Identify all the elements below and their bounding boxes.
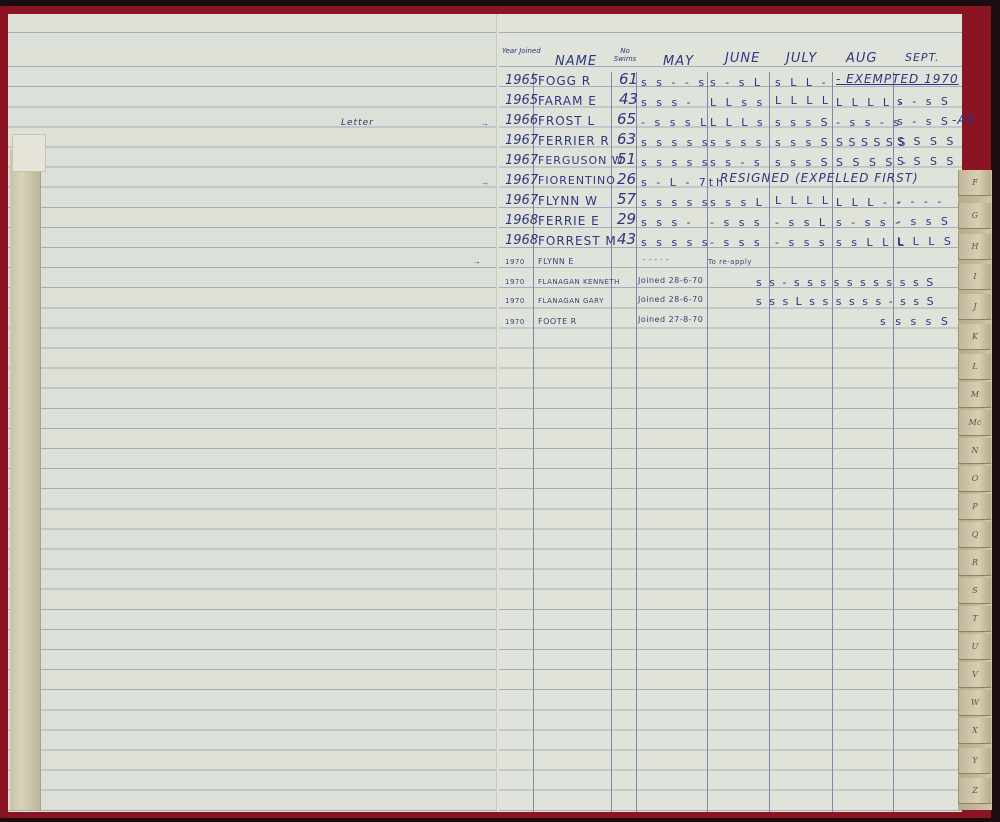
row-joined: Joined 28-6-70 [638, 296, 703, 304]
row-july: s L L - [775, 77, 828, 88]
row-may: s s s - [641, 97, 694, 108]
row-joined: Joined 27-8-70 [638, 316, 703, 324]
row-june: s s s s [710, 137, 764, 148]
row-year: 1966 [505, 114, 538, 127]
row-june: L L s s [710, 97, 765, 108]
row-swim-count: 57 [617, 192, 636, 207]
row-july: L L L L [775, 95, 831, 106]
row-name: FOGG R [538, 75, 591, 87]
index-tab[interactable]: J [958, 294, 991, 320]
row-sept: - s s S [897, 216, 951, 227]
row-aug: L L L - - [836, 197, 903, 208]
index-tab[interactable]: K [958, 324, 991, 350]
left-page [8, 14, 498, 812]
row-year: 1967 [505, 154, 538, 167]
index-tab[interactable]: T [958, 606, 991, 632]
row-july: s s s S [775, 137, 831, 148]
row-year: 1968 [505, 214, 538, 227]
index-tab[interactable]: X [958, 718, 991, 744]
row-july: s s s S [775, 117, 831, 128]
row-sept: S S S S [897, 136, 956, 147]
row-june: s - s L [710, 77, 763, 88]
row-aug: L L L L - [836, 97, 905, 108]
row-may: s s s s s [641, 137, 711, 148]
index-tab[interactable]: W [958, 690, 991, 716]
row-year: 1970 [505, 319, 525, 326]
index-tab[interactable]: S [958, 578, 991, 604]
row-name: FERRIER R [538, 135, 610, 147]
row-aug: - s s - s [836, 117, 902, 128]
header-june: JUNE [725, 52, 760, 65]
row-joined: Joined 28-6-70 [638, 277, 703, 285]
row-sept: s - s S [897, 116, 951, 127]
background-edge [991, 6, 1000, 818]
row-june: s s s L [710, 197, 765, 208]
row-swim-count: 43 [619, 92, 638, 107]
arrow-mark-icon: → [481, 119, 489, 128]
index-tab[interactable]: O [958, 466, 991, 492]
row-may: s - L - 7th [641, 177, 726, 188]
row-name: FERRIE E [538, 215, 600, 227]
row-sept: - - - - [897, 196, 944, 207]
row-name: FARAM E [538, 95, 597, 107]
index-tab[interactable]: F [958, 170, 991, 196]
header-name: NAME [555, 55, 597, 68]
row-aug: s - s s - [836, 217, 902, 228]
row-year: 1967 [505, 194, 538, 207]
row-name: FORREST M [538, 235, 617, 247]
alphabet-index-tabs: F G H I J K L M Mc N O P Q R S T U V W X… [958, 170, 992, 810]
row-swim-count: 51 [617, 152, 636, 167]
index-tab[interactable]: N [958, 438, 991, 464]
letter-annotation: Letter [341, 119, 374, 128]
index-tab[interactable]: P [958, 494, 991, 520]
row-june: L L L s [710, 117, 766, 128]
row-sept: S S S S [897, 156, 956, 167]
header-may: MAY [663, 55, 694, 68]
arrow-mark-icon: → [481, 178, 489, 187]
row-swim-count: 65 [617, 112, 636, 127]
row-resigned-note: RESIGNED (EXPELLED FIRST) [720, 172, 919, 184]
index-tab[interactable]: M [958, 382, 991, 408]
row-july: L L L L [775, 195, 831, 206]
row-exempted-note: - EXEMPTED 1970 [836, 73, 959, 85]
row-name: FOOTE R [538, 318, 577, 326]
row-year: 1968 [505, 234, 538, 247]
row-name: FROST L [538, 115, 595, 127]
row-year: 1965 [505, 74, 538, 87]
index-tab[interactable]: H [958, 234, 991, 260]
row-reapply-note: To re-apply [708, 259, 752, 266]
row-swim-count: 43 [617, 232, 636, 247]
row-june: s s - s [710, 157, 763, 168]
index-tab[interactable]: Mc [958, 410, 991, 436]
row-swim-count: 26 [617, 172, 636, 187]
index-tab[interactable]: Y [958, 748, 991, 774]
index-tab[interactable]: V [958, 662, 991, 688]
row-aug: S S S S S S [836, 137, 906, 148]
header-july: JULY [786, 52, 817, 65]
row-year: 1970 [505, 259, 525, 266]
row-name: FLYNN W [538, 195, 598, 207]
row-name: FLANAGAN GARY [538, 298, 604, 305]
row-swim-count: 29 [617, 212, 636, 227]
index-tab[interactable]: R [958, 550, 991, 576]
row-year: 1967 [505, 134, 538, 147]
index-tab[interactable]: G [958, 203, 991, 229]
row-sept: L L L S [897, 236, 954, 247]
index-tab[interactable]: I [958, 264, 991, 290]
row-attendance: s s s L s s s s s s - s s S [756, 296, 936, 307]
header-aug: AUG [846, 52, 877, 65]
row-may: s s s s s [641, 197, 711, 208]
row-may: s s - - s [641, 77, 707, 88]
row-year: 1970 [505, 298, 525, 305]
row-name: FLANAGAN KENNETH [538, 279, 620, 286]
left-page-edge [10, 150, 41, 810]
ruled-lines [8, 14, 498, 812]
left-page-tab [12, 134, 46, 172]
header-no-swims: No Swims [613, 47, 637, 63]
column-divider [636, 72, 637, 812]
row-year: 1965 [505, 94, 538, 107]
row-year: 1970 [505, 279, 525, 286]
row-attendance: s s s s S [880, 316, 951, 327]
row-july: - s s L [775, 217, 828, 228]
row-swim-count: 63 [617, 132, 636, 147]
row-swim-count: 61 [619, 72, 638, 87]
row-joined: - - - - - [643, 257, 669, 264]
row-name: FERGUSON W [538, 155, 624, 166]
row-name: FIORENTINO [538, 175, 616, 186]
arrow-mark-icon: → [473, 257, 481, 266]
row-ar-note: -AR [952, 114, 976, 126]
header-year-joined: Year Joined [502, 47, 541, 55]
row-may: s s s s s [641, 237, 711, 248]
row-july: - s s s [775, 237, 828, 248]
index-tab[interactable]: U [958, 634, 991, 660]
row-year: 1967 [505, 174, 538, 187]
header-sept: SEPT. [905, 52, 939, 63]
row-june: - s s s [710, 217, 763, 228]
row-sept: s - s S [897, 96, 951, 107]
index-tab[interactable]: L [958, 354, 991, 380]
row-name: FLYNN E [538, 258, 574, 266]
row-may: s s s s s [641, 157, 711, 168]
row-attendance: s s - s s s s s s s s s s S [756, 277, 935, 288]
index-tab[interactable]: Z [958, 778, 991, 804]
index-tab[interactable]: Q [958, 522, 991, 548]
row-may: s s s - [641, 217, 694, 228]
row-july: s s s S [775, 157, 831, 168]
row-june: - s s s [710, 237, 763, 248]
row-may: - s s s L [641, 117, 709, 128]
